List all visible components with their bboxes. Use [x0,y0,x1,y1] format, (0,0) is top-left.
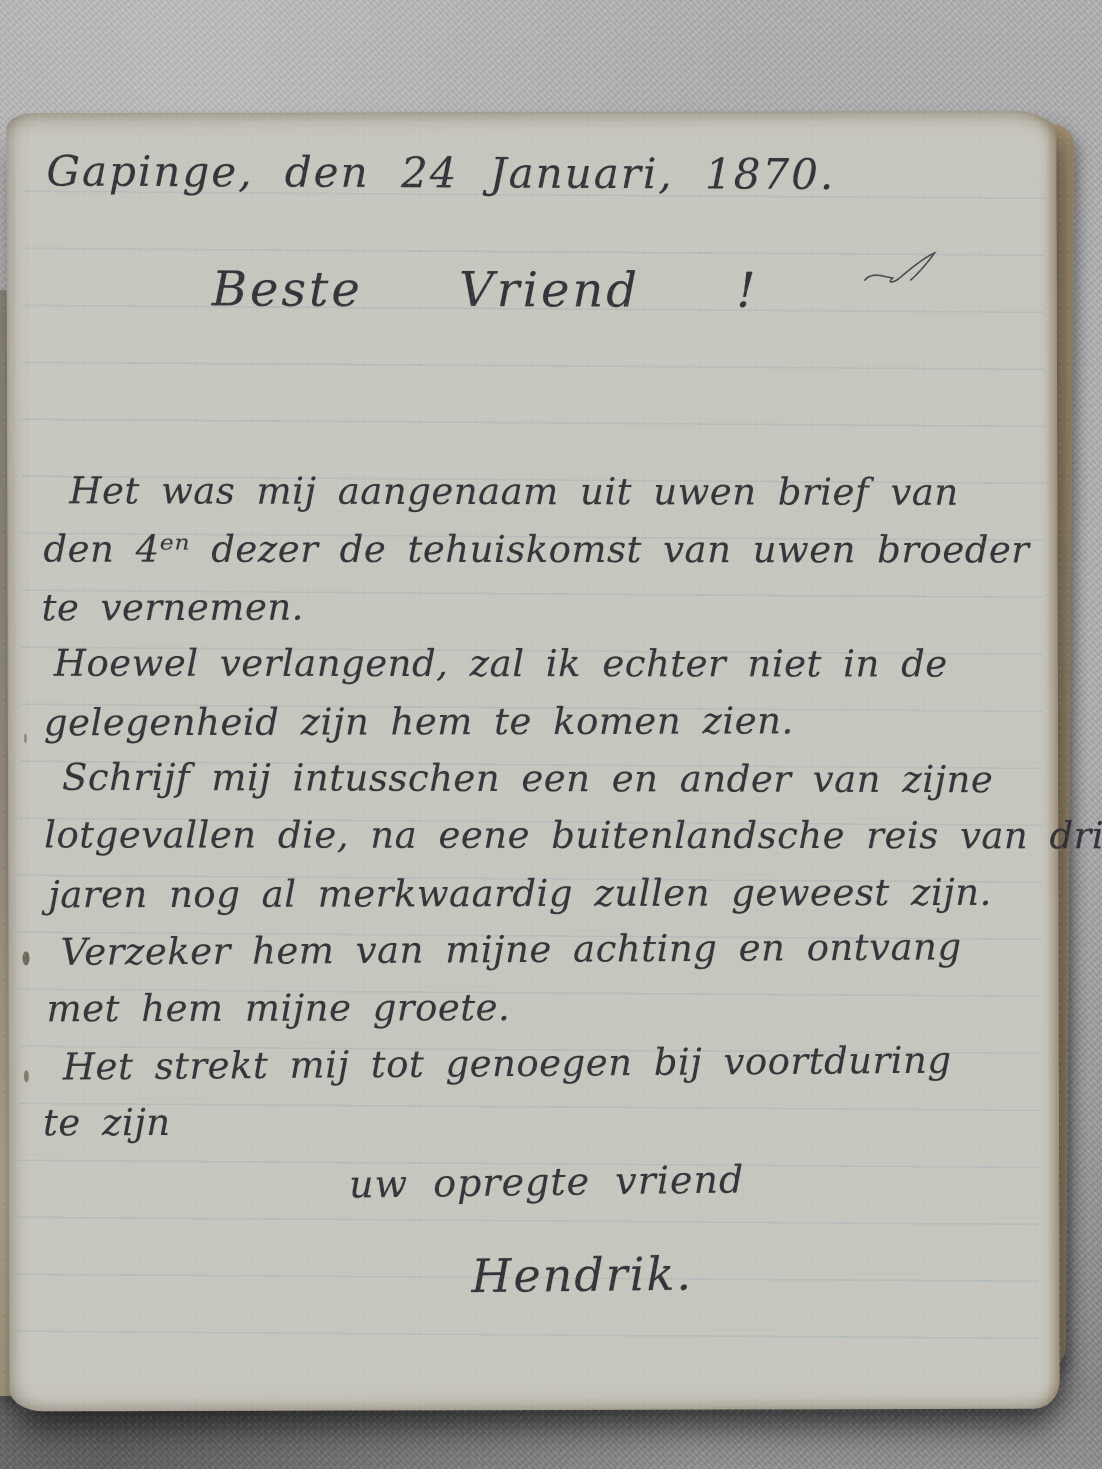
photo-background-cloth: Gapinge, den 24 Januari, 1870. Beste Vri… [0,0,1102,1469]
letter-line: Het was mij aangenaam uit uwen brief van [69,469,958,514]
letter-line: gelegenheid zijn hem te komen zien. [44,699,794,744]
letter-line: Verzeker hem van mijne achting en ontvan… [60,925,961,974]
letter-line: lotgevallen die, na eene buitenlandsche … [44,813,1102,857]
letter-page: Gapinge, den 24 Januari, 1870. Beste Vri… [6,111,1059,1412]
letter-salutation: Beste Vriend ! [212,261,759,318]
letter-line: Schrijf mij intusschen een en ander van … [62,756,993,801]
ink-flourish-mark [859,247,945,289]
binding-stitch [22,951,29,965]
letter-line: te vernemen. [42,586,304,630]
letter-line: Hoewel verlangend, zal ik echter niet in… [54,642,948,686]
letter-dateline: Gapinge, den 24 Januari, 1870. [46,147,835,199]
letter-closing: uw opregte vriend [349,1157,745,1206]
letter-line: den 4ᵉⁿ dezer de tehuiskomst van uwen br… [43,528,1029,572]
letter-line: te zijn [43,1101,171,1144]
letter-line: met hem mijne groete. [47,986,511,1030]
letter-line: Het strekt mij tot genoegen bij voortdur… [63,1039,952,1089]
letter-signature: Hendrik. [471,1247,693,1304]
letter-line: jaren nog al merkwaardig zullen geweest … [48,871,992,916]
